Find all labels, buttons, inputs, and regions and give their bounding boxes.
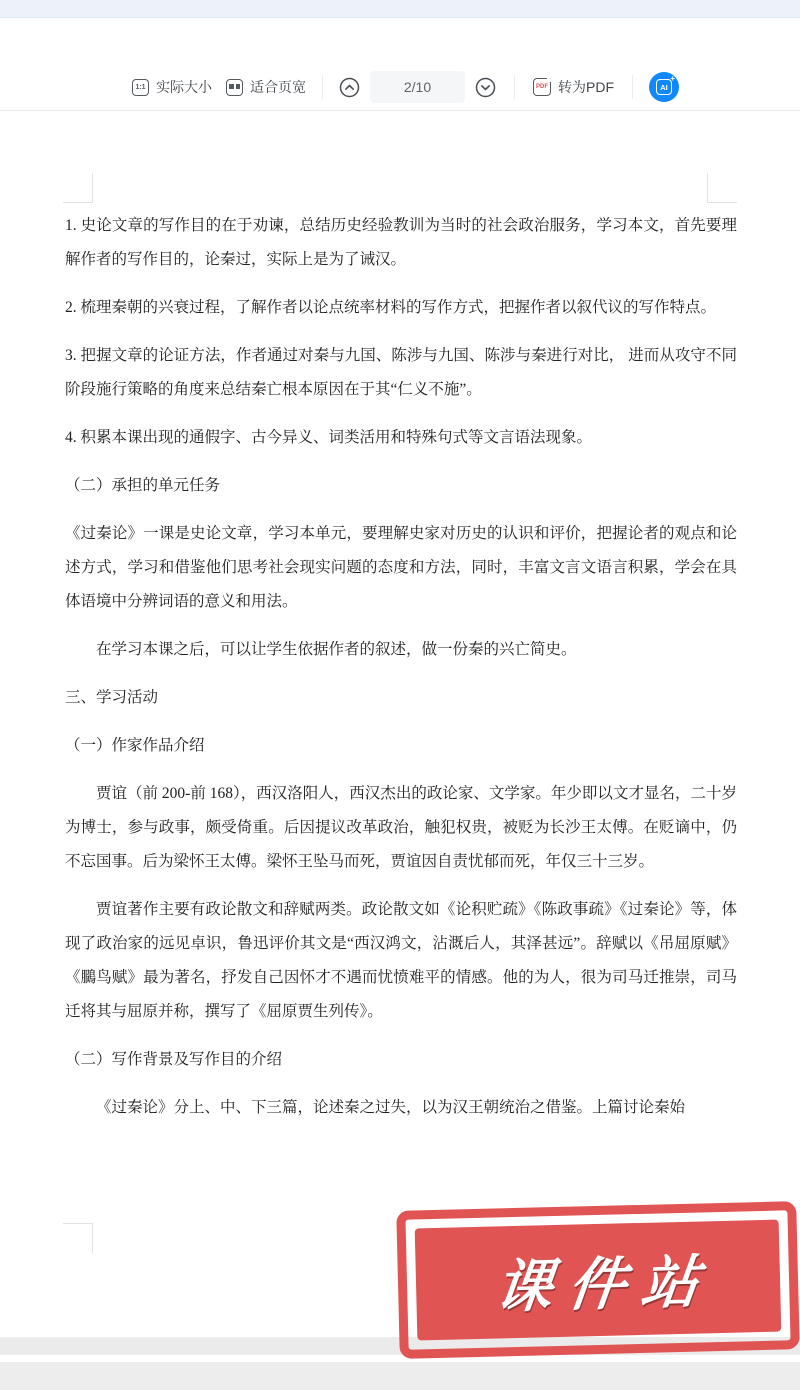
paragraph: 贾谊著作主要有政论散文和辞赋两类。政论散文如《论积贮疏》《陈政事疏》《过秦论》等… xyxy=(65,893,737,1029)
actual-size-label: 实际大小 xyxy=(156,77,212,97)
convert-to-pdf-label: 转为PDF xyxy=(558,77,614,97)
toolbar-divider xyxy=(514,75,515,99)
paragraph: 贾谊（前 200-前 168），西汉洛阳人，西汉杰出的政论家、文学家。年少即以文… xyxy=(65,777,737,879)
document-text: 1. 史论文章的写作目的在于劝谏，总结历史经验教训为当时的社会政治服务，学习本文… xyxy=(65,209,737,1139)
section-heading: （一）作家作品介绍 xyxy=(65,729,737,763)
previous-page-button[interactable] xyxy=(339,77,360,98)
stamp-fill: 课件站 xyxy=(415,1220,782,1341)
paragraph: 2. 梳理秦朝的兴衰过程，了解作者以论点统率材料的写作方式，把握作者以叙代议的写… xyxy=(65,291,737,325)
pdf-icon: PDF xyxy=(533,78,551,96)
section-heading: （二）承担的单元任务 xyxy=(65,469,737,503)
chevron-down-icon xyxy=(475,77,496,98)
paragraph: 《过秦论》一课是史论文章，学习本单元，要理解史家对历史的认识和评价，把握论者的观… xyxy=(65,517,737,619)
pdf-icon-label: PDF xyxy=(536,84,548,90)
paragraph: 《过秦论》分上、中、下三篇，论述秦之过失，以为汉王朝统治之借鉴。上篇讨论秦始 xyxy=(65,1091,737,1125)
margin-corner-mark xyxy=(63,173,93,203)
paragraph: 3. 把握文章的论证方法，作者通过对秦与九国、陈涉与九国、陈涉与秦进行对比， 进… xyxy=(65,339,737,407)
fit-width-button[interactable]: 适合页宽 xyxy=(226,77,306,97)
paragraph: 1. 史论文章的写作目的在于劝谏，总结历史经验教训为当时的社会政治服务，学习本文… xyxy=(65,209,737,277)
browser-top-strip xyxy=(0,0,800,18)
toolbar-divider xyxy=(322,75,323,99)
section-heading: （二）写作背景及写作目的介绍 xyxy=(65,1043,737,1077)
stamp-border: 课件站 xyxy=(396,1201,799,1359)
paragraph: 4. 积累本课出现的通假字、古今异义、词类活用和特殊句式等文言语法现象。 xyxy=(65,421,737,455)
chevron-up-icon xyxy=(339,77,360,98)
actual-size-icon: 1:1 xyxy=(132,79,149,96)
toolbar-divider xyxy=(632,75,633,99)
fit-width-label: 适合页宽 xyxy=(250,77,306,97)
margin-corner-mark xyxy=(707,173,737,203)
viewer-footer-band xyxy=(0,1362,800,1390)
viewer-toolbar: 1:1 实际大小 适合页宽 2/10 PDF 转为PDF AI + xyxy=(0,64,800,111)
section-heading: 三、学习活动 xyxy=(65,681,737,715)
ai-plus-icon: + xyxy=(670,75,675,83)
paragraph: 在学习本课之后，可以让学生依据作者的叙述，做一份秦的兴亡简史。 xyxy=(65,633,737,667)
ai-assistant-button[interactable]: AI + xyxy=(649,72,679,102)
convert-to-pdf-button[interactable]: PDF 转为PDF xyxy=(533,77,614,97)
margin-corner-mark xyxy=(63,1223,93,1253)
actual-size-button[interactable]: 1:1 实际大小 xyxy=(132,77,212,97)
watermark-stamp: 课件站 xyxy=(396,1201,799,1359)
stamp-text: 课件站 xyxy=(477,1236,719,1324)
page-indicator[interactable]: 2/10 xyxy=(370,71,465,103)
next-page-button[interactable] xyxy=(475,77,496,98)
document-page: 1. 史论文章的写作目的在于劝谏，总结历史经验教训为当时的社会政治服务，学习本文… xyxy=(0,112,800,1337)
fit-width-icon xyxy=(226,79,243,96)
